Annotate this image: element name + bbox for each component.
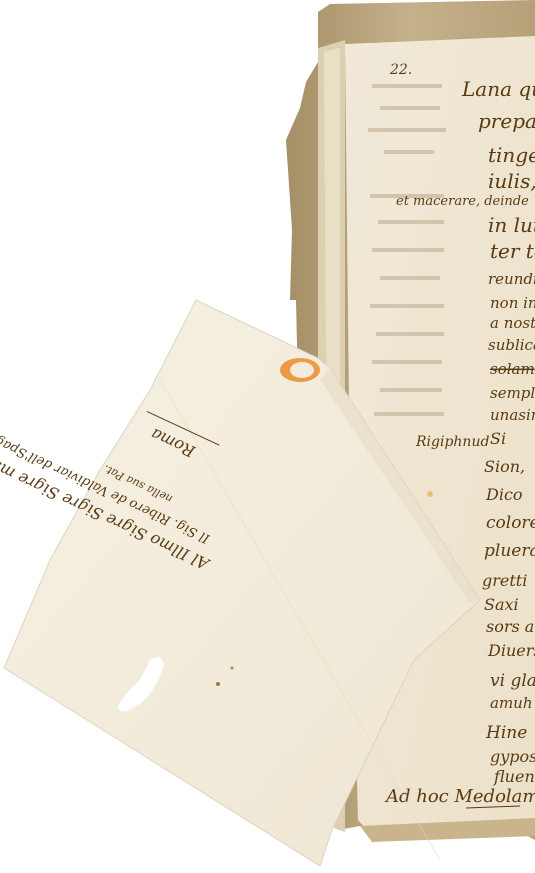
text-line: Sion, <box>484 457 525 476</box>
text-line: coloref <box>486 513 535 533</box>
manuscript-scene: 22. Lana que prepa tingen iulis, in lut … <box>0 0 535 873</box>
text-line: pluera <box>484 541 535 561</box>
text-line: non in <box>490 294 535 312</box>
text-line: tingen <box>488 143 535 167</box>
margin-note: et macerare, deinde <box>396 194 529 209</box>
text-line: amuh <box>490 694 533 712</box>
page-number: 22. <box>389 62 412 78</box>
text-line: Saxi <box>484 595 519 614</box>
text-line: ter te <box>490 239 535 263</box>
text-line: sors a <box>486 617 534 636</box>
text-line: sublica <box>488 336 535 354</box>
text-line: fluen <box>493 767 535 786</box>
margin-note: Ad hoc Medolam, <box>384 786 535 807</box>
text-line: prepa <box>478 109 535 133</box>
manuscript-photo: 22. Lana que prepa tingen iulis, in lut … <box>0 0 535 873</box>
wax-seal <box>280 358 320 382</box>
text-line: solam <box>490 360 535 378</box>
text-line: Dico <box>485 485 523 504</box>
text-line: Lana que <box>461 77 535 101</box>
text-line: Diuers <box>487 641 535 660</box>
text-line: unasim <box>490 406 535 424</box>
text-line: reundi <box>488 270 535 288</box>
text-line: gretti <box>482 571 527 590</box>
text-line: gypos <box>490 747 535 766</box>
text-line: sempl <box>490 384 535 402</box>
margin-note: Rigiphnud <box>415 434 489 450</box>
text-line: Hine <box>485 723 527 743</box>
text-line: in lut <box>488 213 535 237</box>
text-line: Si <box>490 429 506 448</box>
text-line: iulis, <box>488 169 535 193</box>
text-line: a nost <box>490 314 535 332</box>
text-line: vi gla <box>490 671 535 691</box>
